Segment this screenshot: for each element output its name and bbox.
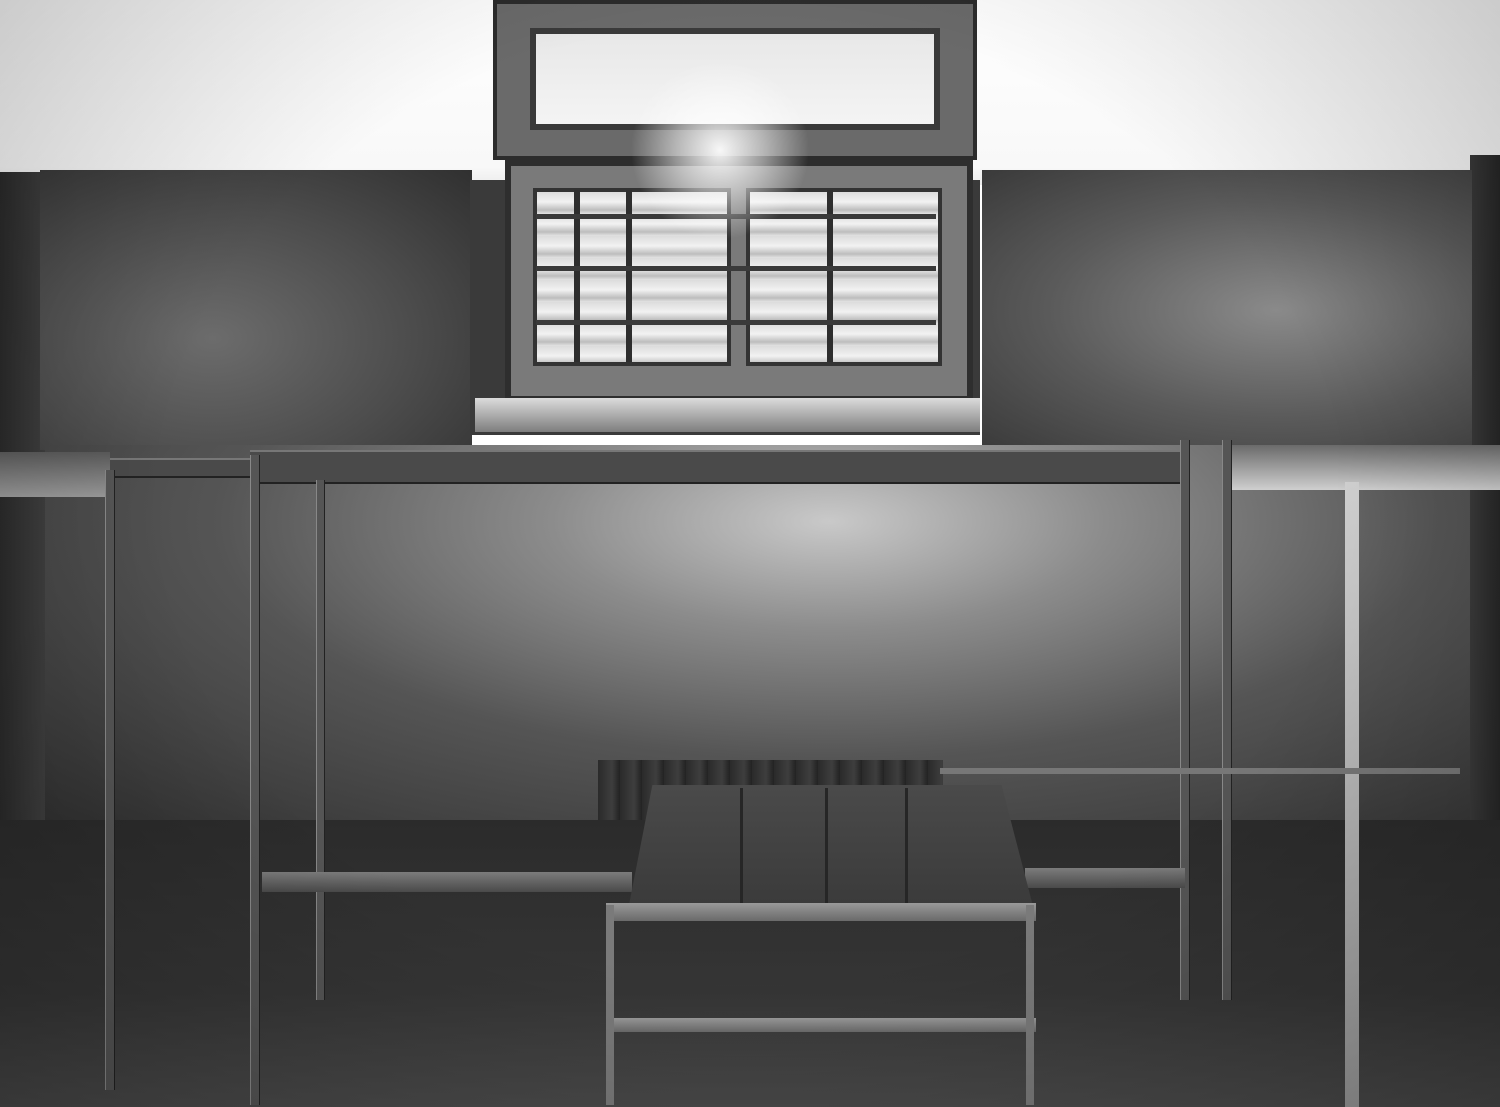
bench-planks [628, 785, 1034, 910]
lower-bunk-right [1025, 868, 1185, 888]
plank-seam [740, 788, 743, 908]
bunk-post [316, 480, 325, 1000]
upper-bunk-right [1225, 445, 1500, 490]
plank-seam [905, 788, 908, 908]
window-bar [536, 266, 936, 271]
lower-bunk-left [262, 872, 632, 892]
light-glare [630, 60, 810, 240]
photograph: Black-and-white photo of a cell interior… [0, 0, 1500, 1107]
bunk-post [1222, 440, 1232, 1000]
plank-seam [825, 788, 828, 908]
bench-front-rail [606, 903, 1036, 921]
bunk-post [105, 470, 115, 1090]
bunk-post-lit [1345, 482, 1359, 1107]
window-bar [536, 320, 936, 325]
window-sill [475, 398, 980, 432]
bench-leg [1026, 905, 1034, 1105]
upper-bunk-left [0, 452, 110, 497]
bunk-post [250, 455, 260, 1105]
bench-lower-rail [606, 1018, 1036, 1032]
bunk-post [1180, 440, 1190, 1000]
bench-leg [606, 905, 614, 1105]
textured-wall-left [40, 170, 472, 450]
textured-wall-right [982, 170, 1472, 450]
heating-pipe [940, 768, 1460, 774]
bunk-top-rail-left [100, 458, 260, 478]
bunk-top-rail [250, 450, 1190, 484]
